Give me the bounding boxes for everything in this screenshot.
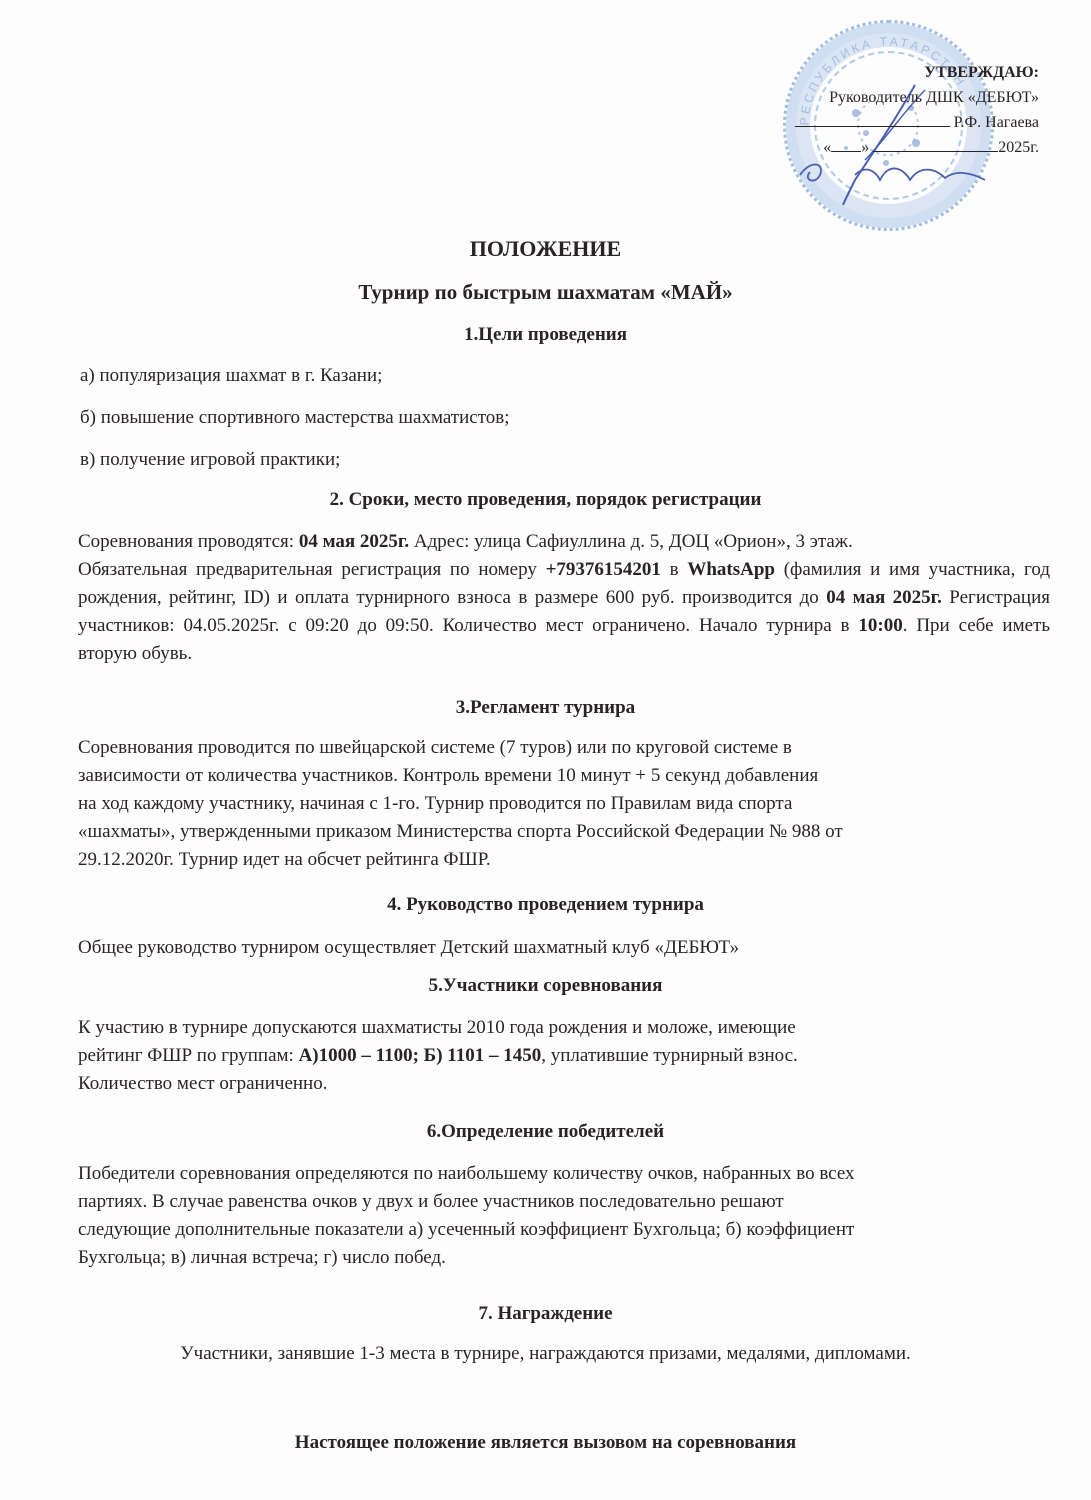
rating-groups: А)1000 – 1100; Б) 1101 – 1450: [299, 1045, 542, 1066]
approver-signature-line: Р.Ф. Нагаева: [795, 110, 1039, 135]
goal-item: в) получение игровой практики;: [80, 449, 340, 471]
section-3-heading: 3.Регламент турнира: [0, 697, 1091, 719]
approval-title: УТВЕРЖДАЮ:: [795, 60, 1039, 85]
section-6-body: Победители соревнования определяются по …: [78, 1160, 1050, 1272]
registration-paragraph: Обязательная предварительная регистрация…: [78, 556, 1050, 668]
event-date: 04 мая 2025г.: [299, 531, 409, 552]
section-7-body: Участники, занявшие 1-3 места в турнире,…: [0, 1343, 1091, 1365]
section-7-heading: 7. Награждение: [0, 1303, 1091, 1325]
goal-item: а) популяризация шахмат в г. Казани;: [80, 365, 382, 387]
section-2-heading: 2. Сроки, место проведения, порядок реги…: [0, 489, 1091, 511]
registration-deadline: 04 мая 2025г.: [826, 587, 942, 608]
section-6-heading: 6.Определение победителей: [0, 1121, 1091, 1143]
goal-item: б) повышение спортивного мастерства шахм…: [80, 407, 510, 429]
document-page: РЕСПУБЛИКА ТАТАРСТАН УТВЕРЖДАЮ: Руководи…: [0, 0, 1091, 1500]
day-blank: [831, 135, 861, 152]
section-4-heading: 4. Руководство проведением турнира: [0, 894, 1091, 916]
document-title: ПОЛОЖЕНИЕ: [0, 236, 1091, 262]
section-2-body: Соревнования проводятся: 04 мая 2025г. А…: [78, 528, 1050, 668]
signature-blank: [795, 110, 950, 127]
approval-year: 2025г.: [998, 139, 1039, 156]
approval-date: «» 2025г.: [795, 135, 1039, 160]
document-footer: Настоящее положение является вызовом на …: [0, 1432, 1091, 1454]
section-3-body: Соревнования проводится по швейцарской с…: [78, 734, 1050, 874]
month-blank: [873, 135, 998, 152]
section-5-body: К участию в турнире допускаются шахматис…: [78, 1014, 1050, 1098]
document-subtitle: Турнир по быстрым шахматам «МАЙ»: [0, 280, 1091, 305]
venue-line: Соревнования проводятся: 04 мая 2025г. А…: [78, 528, 1050, 556]
approver-name: Р.Ф. Нагаева: [954, 114, 1039, 131]
section-5-heading: 5.Участники соревнования: [0, 975, 1091, 997]
approver-position: Руководитель ДШК «ДЕБЮТ»: [795, 85, 1039, 110]
section-1-heading: 1.Цели проведения: [0, 324, 1091, 346]
approval-block: УТВЕРЖДАЮ: Руководитель ДШК «ДЕБЮТ» Р.Ф.…: [795, 60, 1039, 160]
registration-app: WhatsApp: [687, 559, 775, 580]
section-4-body: Общее руководство турниром осуществляет …: [78, 934, 1050, 962]
registration-phone: +79376154201: [546, 559, 661, 580]
start-time: 10:00: [858, 615, 902, 636]
